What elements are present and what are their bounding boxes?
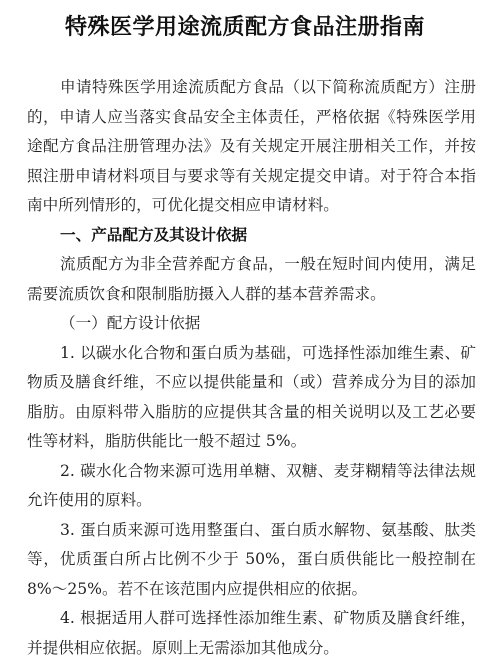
- section-heading: 一、产品配方及其设计依据: [27, 221, 476, 251]
- list-item-line: 2. 碳水化合物来源可选用单糖、双糖、麦芽糊精等法律法规: [27, 457, 476, 487]
- paragraph-line: 照注册申请材料项目与要求等有关规定提交申请。对于符合本指: [27, 162, 476, 192]
- paragraph-line: 途配方食品注册管理办法》及有关规定开展注册相关工作，并按: [27, 132, 476, 162]
- document-page: 特殊医学用途流质配方食品注册指南 申请特殊医学用途流质配方食品（以下简称流质配方…: [0, 0, 490, 668]
- document-title: 特殊医学用途流质配方食品注册指南: [0, 12, 490, 44]
- list-item-line: 并提供相应依据。原则上无需添加其他成分。: [27, 634, 476, 664]
- paragraph-line: 的，申请人应当落实食品安全主体责任，严格依据《特殊医学用: [27, 103, 476, 133]
- list-item-line: 1. 以碳水化合物和蛋白质为基础，可选择性添加维生素、矿: [27, 339, 476, 369]
- list-item-line: 脂肪。由原料带入脂肪的应提供其含量的相关说明以及工艺必要: [27, 398, 476, 428]
- list-item-line: 4. 根据适用人群可选择性添加维生素、矿物质及膳食纤维，: [27, 604, 476, 634]
- list-item-line: 3. 蛋白质来源可选用整蛋白、蛋白质水解物、氨基酸、肽类: [27, 516, 476, 546]
- paragraph-line: 申请特殊医学用途流质配方食品（以下简称流质配方）注册: [27, 73, 476, 103]
- paragraph-line: 流质配方为非全营养配方食品，一般在短时间内使用，满足: [27, 250, 476, 280]
- paragraph-line: 需要流质饮食和限制脂肪摄入人群的基本营养需求。: [27, 280, 476, 310]
- list-item-line: 等，优质蛋白所占比例不少于 50%，蛋白质供能比一般控制在: [27, 545, 476, 575]
- document-body: 申请特殊医学用途流质配方食品（以下简称流质配方）注册 的，申请人应当落实食品安全…: [27, 73, 476, 663]
- paragraph-line: 南中所列情形的，可优化提交相应申请材料。: [27, 191, 476, 221]
- subsection-heading: （一）配方设计依据: [27, 309, 476, 339]
- list-item-line: 性等材料，脂肪供能比一般不超过 5%。: [27, 427, 476, 457]
- list-item-line: 允许使用的原料。: [27, 486, 476, 516]
- list-item-line: 8%～25%。若不在该范围内应提供相应的依据。: [27, 575, 476, 605]
- list-item-line: 物质及膳食纤维，不应以提供能量和（或）营养成分为目的添加: [27, 368, 476, 398]
